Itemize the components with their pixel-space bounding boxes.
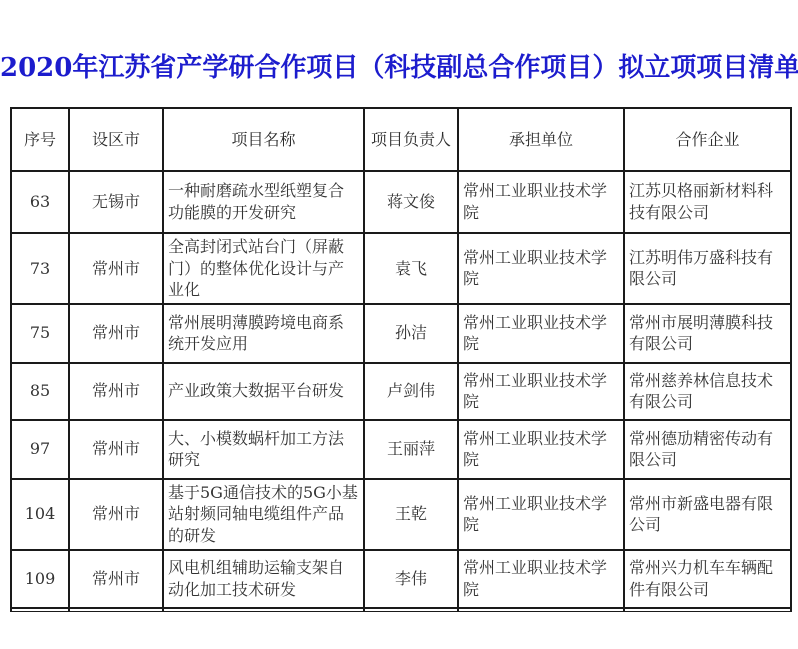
header-project-name: 项目名称 bbox=[163, 108, 364, 171]
cutoff-cell bbox=[624, 608, 791, 612]
table-row: 73 常州市 全高封闭式站台门（屏蔽门）的整体优化设计与产业化 袁飞 常州工业职… bbox=[11, 233, 791, 304]
cell-undertaking-unit: 常州工业职业技术学院 bbox=[458, 550, 624, 608]
cell-city: 常州市 bbox=[69, 550, 163, 608]
cell-project-leader: 王丽萍 bbox=[364, 420, 458, 479]
cell-city: 常州市 bbox=[69, 304, 163, 363]
cutoff-cell bbox=[69, 608, 163, 612]
header-partner-company: 合作企业 bbox=[624, 108, 791, 171]
header-city: 设区市 bbox=[69, 108, 163, 171]
cell-undertaking-unit: 常州工业职业技术学院 bbox=[458, 171, 624, 233]
cell-partner-company: 江苏贝格丽新材料科技有限公司 bbox=[624, 171, 791, 233]
cell-undertaking-unit: 常州工业职业技术学院 bbox=[458, 420, 624, 479]
table-row: 75 常州市 常州展明薄膜跨境电商系统开发应用 孙洁 常州工业职业技术学院 常州… bbox=[11, 304, 791, 363]
header-undertaking-unit: 承担单位 bbox=[458, 108, 624, 171]
cell-partner-company: 常州兴力机车车辆配件有限公司 bbox=[624, 550, 791, 608]
cell-serial-no: 73 bbox=[11, 233, 69, 304]
cell-partner-company: 常州市新盛电器有限公司 bbox=[624, 479, 791, 550]
cutoff-cell bbox=[364, 608, 458, 612]
table-header: 序号 设区市 项目名称 项目负责人 承担单位 合作企业 bbox=[11, 108, 791, 171]
cell-serial-no: 85 bbox=[11, 363, 69, 420]
header-row: 序号 设区市 项目名称 项目负责人 承担单位 合作企业 bbox=[11, 108, 791, 171]
cell-serial-no: 97 bbox=[11, 420, 69, 479]
cell-undertaking-unit: 常州工业职业技术学院 bbox=[458, 479, 624, 550]
cutoff-cell bbox=[458, 608, 624, 612]
header-project-leader: 项目负责人 bbox=[364, 108, 458, 171]
cell-project-name: 全高封闭式站台门（屏蔽门）的整体优化设计与产业化 bbox=[163, 233, 364, 304]
projects-table: 序号 设区市 项目名称 项目负责人 承担单位 合作企业 63 无锡市 一种耐磨疏… bbox=[10, 107, 792, 612]
cutoff-cell bbox=[11, 608, 69, 612]
cell-city: 常州市 bbox=[69, 233, 163, 304]
cell-serial-no: 75 bbox=[11, 304, 69, 363]
cell-city: 常州市 bbox=[69, 363, 163, 420]
table-row: 85 常州市 产业政策大数据平台研发 卢剑伟 常州工业职业技术学院 常州慈养林信… bbox=[11, 363, 791, 420]
cell-undertaking-unit: 常州工业职业技术学院 bbox=[458, 304, 624, 363]
table-body: 63 无锡市 一种耐磨疏水型纸塑复合功能膜的开发研究 蒋文俊 常州工业职业技术学… bbox=[11, 171, 791, 612]
cell-city: 常州市 bbox=[69, 479, 163, 550]
cutoff-cell bbox=[163, 608, 364, 612]
cell-project-name: 风电机组辅助运输支架自动化加工技术研发 bbox=[163, 550, 364, 608]
table-row: 109 常州市 风电机组辅助运输支架自动化加工技术研发 李伟 常州工业职业技术学… bbox=[11, 550, 791, 608]
cell-partner-company: 常州德劢精密传动有限公司 bbox=[624, 420, 791, 479]
cell-serial-no: 109 bbox=[11, 550, 69, 608]
cell-project-name: 常州展明薄膜跨境电商系统开发应用 bbox=[163, 304, 364, 363]
cell-serial-no: 104 bbox=[11, 479, 69, 550]
cutoff-row-stub bbox=[11, 608, 791, 612]
cell-partner-company: 江苏明伟万盛科技有限公司 bbox=[624, 233, 791, 304]
cell-undertaking-unit: 常州工业职业技术学院 bbox=[458, 363, 624, 420]
cell-project-leader: 蒋文俊 bbox=[364, 171, 458, 233]
cell-serial-no: 63 bbox=[11, 171, 69, 233]
cell-project-name: 一种耐磨疏水型纸塑复合功能膜的开发研究 bbox=[163, 171, 364, 233]
cell-partner-company: 常州慈养林信息技术有限公司 bbox=[624, 363, 791, 420]
table-row: 63 无锡市 一种耐磨疏水型纸塑复合功能膜的开发研究 蒋文俊 常州工业职业技术学… bbox=[11, 171, 791, 233]
cell-city: 常州市 bbox=[69, 420, 163, 479]
table-row: 104 常州市 基于5G通信技术的5G小基站射频同轴电缆组件产品的研发 王乾 常… bbox=[11, 479, 791, 550]
cell-undertaking-unit: 常州工业职业技术学院 bbox=[458, 233, 624, 304]
header-serial-no: 序号 bbox=[11, 108, 69, 171]
cell-project-leader: 李伟 bbox=[364, 550, 458, 608]
page-title: 2020年江苏省产学研合作项目（科技副总合作项目）拟立项项目清单 bbox=[0, 50, 798, 86]
table-row: 97 常州市 大、小模数蜗杆加工方法研究 王丽萍 常州工业职业技术学院 常州德劢… bbox=[11, 420, 791, 479]
cell-partner-company: 常州市展明薄膜科技有限公司 bbox=[624, 304, 791, 363]
cell-project-name: 大、小模数蜗杆加工方法研究 bbox=[163, 420, 364, 479]
cell-project-leader: 孙洁 bbox=[364, 304, 458, 363]
cell-project-leader: 卢剑伟 bbox=[364, 363, 458, 420]
cell-city: 无锡市 bbox=[69, 171, 163, 233]
cell-project-leader: 王乾 bbox=[364, 479, 458, 550]
cell-project-name: 基于5G通信技术的5G小基站射频同轴电缆组件产品的研发 bbox=[163, 479, 364, 550]
cell-project-name: 产业政策大数据平台研发 bbox=[163, 363, 364, 420]
cell-project-leader: 袁飞 bbox=[364, 233, 458, 304]
